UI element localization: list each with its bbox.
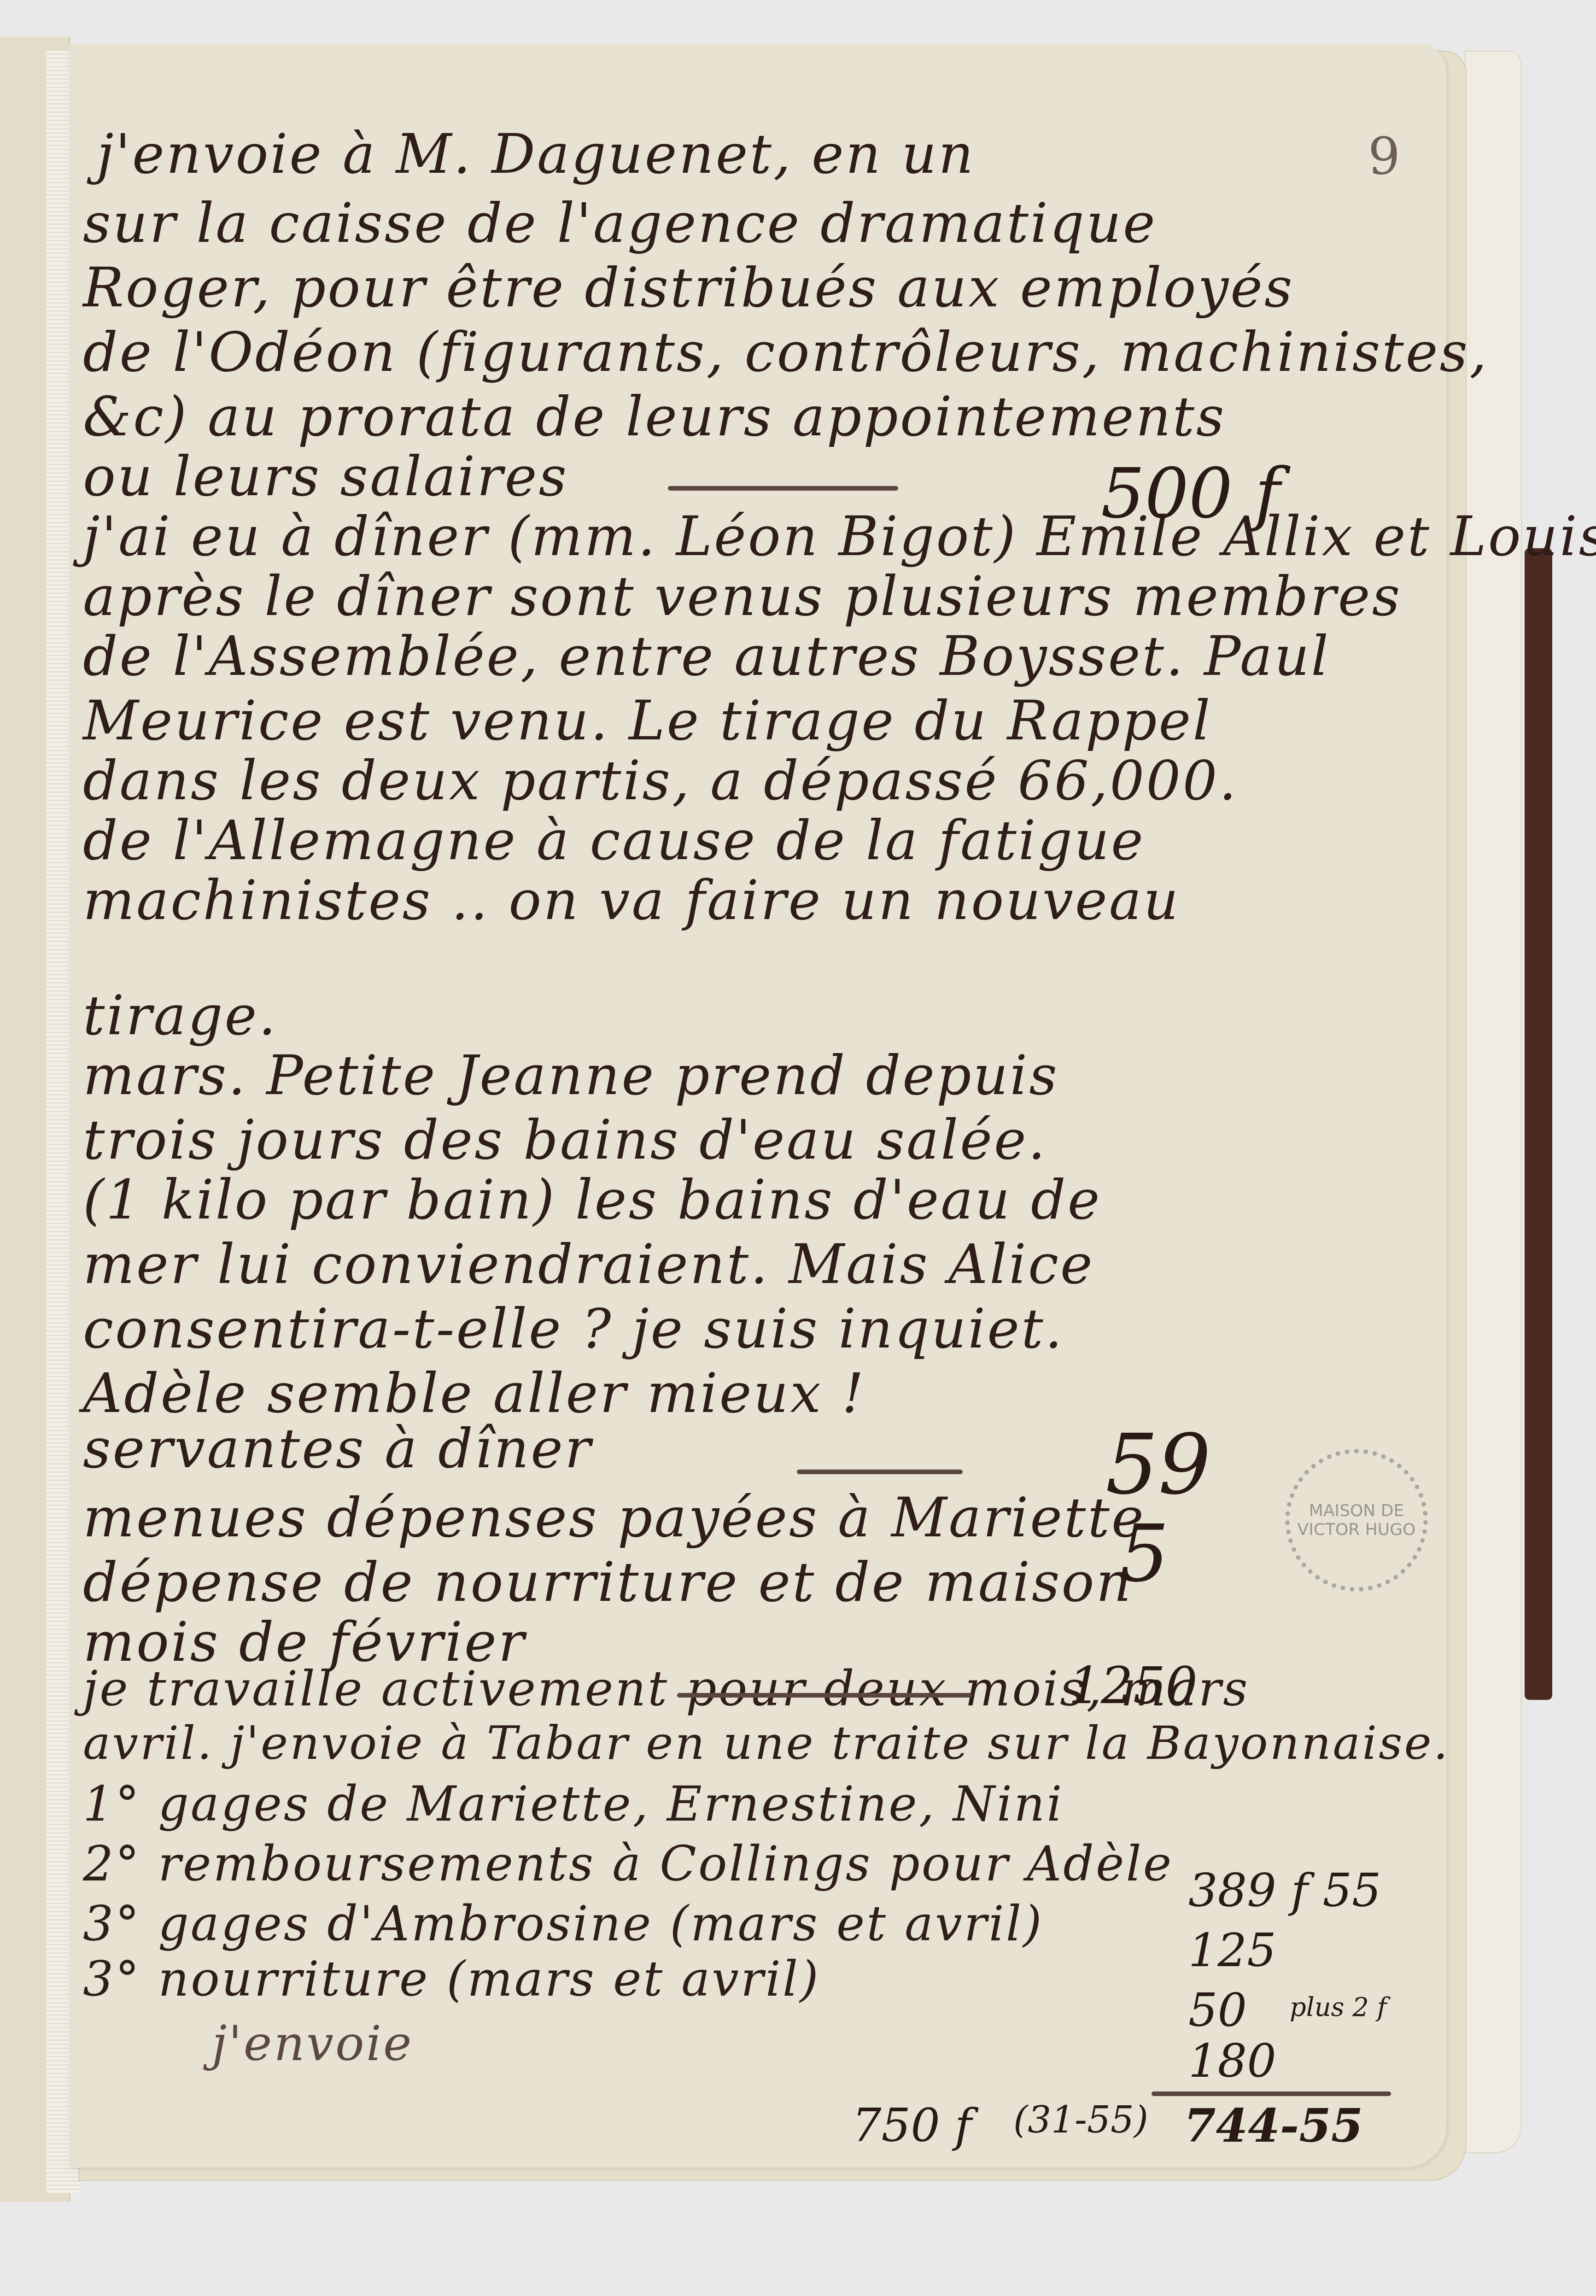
text-line: &c) au prorata de leurs appointements (83, 385, 1226, 448)
amount-appointements: 500 f (1101, 454, 1280, 534)
ledger-leader-line (797, 1470, 963, 1474)
text-line: dans les deux partis, a dépassé 66,000. (83, 749, 1238, 812)
text-line: Adèle semble aller mieux ! (83, 1361, 865, 1425)
amount-item-3: 50 (1188, 1983, 1247, 2037)
amount-nourriture-fevrier: 1250 (1069, 1656, 1198, 1715)
text-line: Meurice est venu. Le tirage du Rappel (83, 689, 1212, 752)
text-line: machinistes .. on va faire un nouveau (83, 868, 1180, 932)
text-line: 3° nourriture (mars et avril) (83, 1951, 820, 2007)
text-line: j'ai eu à dîner (mm. Léon Bigot) Emile A… (83, 504, 1596, 568)
text-line: 3° gages d'Ambrosine (mars et avril) (83, 1896, 1044, 1952)
amount-note: plus 2 f (1290, 1992, 1387, 2022)
text-line: de l'Assemblée, entre autres Boysset. Pa… (83, 624, 1330, 688)
text-line: (1 kilo par bain) les bains d'eau de (83, 1168, 1101, 1231)
text-line: menues dépenses payées à Mariette (83, 1486, 1146, 1549)
text-line: j'envoie à M. Daguenet, en un (97, 122, 975, 186)
leather-strap (1525, 548, 1552, 1700)
text-line: avril. j'envoie à Tabar en une traite su… (83, 1716, 1450, 1770)
page-number: 9 (1368, 127, 1400, 186)
text-line: après le dîner sont venus plusieurs memb… (83, 564, 1402, 628)
amount-item-2: 125 (1188, 1923, 1276, 1977)
text-line: dépense de nourriture et de maison (83, 1550, 1133, 1614)
amount-item-1: 389 f 55 (1188, 1863, 1381, 1917)
text-line: 2° remboursements à Collings pour Adèle (83, 1836, 1173, 1892)
text-line: de l'Odéon (figurants, contrôleurs, mach… (83, 320, 1489, 384)
text-line: ou leurs salaires (83, 445, 568, 508)
text-line: 1° gages de Mariette, Ernestine, Nini (83, 1776, 1064, 1832)
text-line: mer lui conviendraient. Mais Alice (83, 1232, 1094, 1296)
text-line: trois jours des bains d'eau salée. (83, 1108, 1047, 1171)
ledger-leader-line (677, 1693, 972, 1698)
amount-servantes: 59 (1105, 1417, 1211, 1513)
text-line: servantes à dîner (83, 1417, 593, 1480)
library-stamp: MAISON DE VICTOR HUGO (1285, 1449, 1428, 1592)
text-line: tirage. (83, 984, 278, 1047)
amount-sub-note: (31-55) (1013, 2098, 1148, 2141)
ledger-leader-line (668, 486, 898, 491)
amount-j-envoie: 750 f (852, 2098, 972, 2152)
text-line: j'envoie (212, 2015, 414, 2072)
text-line: mars. Petite Jeanne prend depuis (83, 1043, 1059, 1107)
notebook-page: 9 j'envoie à M. Daguenet, en un sur la c… (69, 44, 1446, 2167)
text-line: consentira-t-elle ? je suis inquiet. (83, 1297, 1064, 1360)
sum-line (1152, 2091, 1391, 2096)
amount-item-3b: 180 (1188, 2034, 1276, 2088)
text-line: sur la caisse de l'agence dramatique (83, 191, 1157, 255)
text-line: de l'Allemagne à cause de la fatigue (83, 808, 1145, 872)
amount-menues-depenses: 5 (1119, 1509, 1169, 1600)
text-line: Roger, pour être distribués aux employés (83, 256, 1294, 319)
amount-grand-total: 744-55 (1184, 2098, 1363, 2153)
